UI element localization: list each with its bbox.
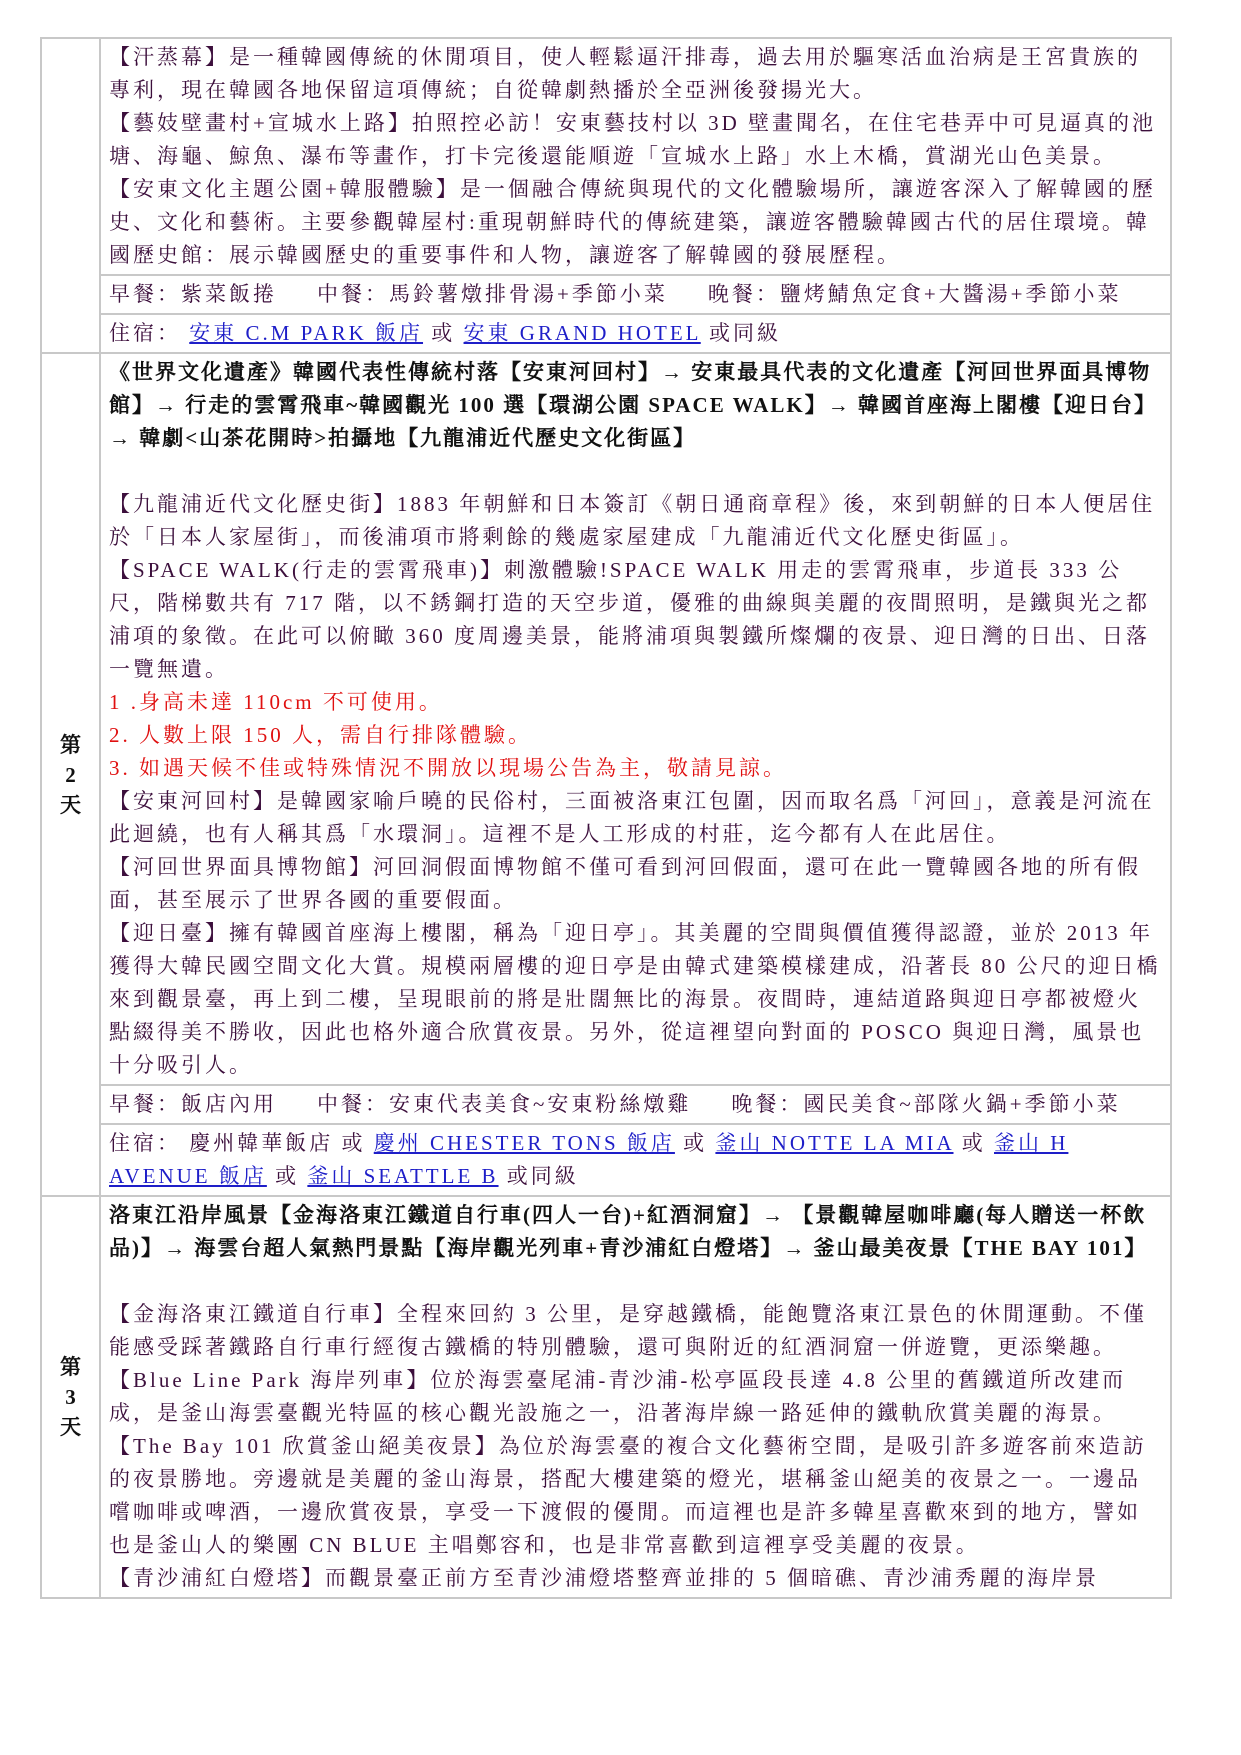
day1-lodging: 住宿： 安東 C.M PARK 飯店 或 安東 GRAND HOTEL 或同級 (100, 314, 1171, 353)
day2-meals: 早餐：飯店內用中餐：安東代表美食~安東粉絲燉雞晚餐：國民美食~部隊火鍋+季節小菜 (100, 1085, 1171, 1124)
paragraph-hahoe-village: 【安東河回村】是韓國家喻戶曉的民俗村，三面被洛東江包圍，因而取名爲「河回」，意義… (109, 785, 1164, 851)
day3-description: 洛東江沿岸風景【金海洛東江鐵道自行車(四人一台)+紅酒洞窟】→ 【景觀韓屋咖啡廳… (100, 1196, 1171, 1598)
or-equivalent-text: 或同級 (709, 321, 781, 345)
or-text: 或 (431, 321, 455, 345)
day2-meals-row: 早餐：飯店內用中餐：安東代表美食~安東粉絲燉雞晚餐：國民美食~部隊火鍋+季節小菜 (41, 1085, 1171, 1124)
day-prefix: 第 (42, 1352, 99, 1382)
day1-lodging-row: 住宿： 安東 C.M PARK 飯店 或 安東 GRAND HOTEL 或同級 (41, 314, 1171, 353)
hotel-link-chester-tons[interactable]: 慶州 CHESTER TONS 飯店 (374, 1131, 675, 1155)
day1-label-cell (41, 38, 100, 353)
day3-description-row: 第 3 天 洛東江沿岸風景【金海洛東江鐵道自行車(四人一台)+紅酒洞窟】→ 【景… (41, 1196, 1171, 1598)
day2-lodging: 住宿： 慶州韓華飯店 或 慶州 CHESTER TONS 飯店 或 釜山 NOT… (100, 1124, 1171, 1196)
paragraph-mural-village: 【藝妓壁畫村+宣城水上路】拍照控必訪！安東藝技村以 3D 壁畫聞名，在住宅巷弄中… (109, 107, 1164, 173)
day-suffix: 天 (42, 1412, 99, 1442)
day1-meals: 早餐：紫菜飯捲中餐：馬鈴薯燉排骨湯+季節小菜晚餐：鹽烤鯖魚定食+大醬湯+季節小菜 (100, 275, 1171, 314)
hotel-link-grand-hotel[interactable]: 安東 GRAND HOTEL (464, 321, 701, 345)
dinner: 晚餐：國民美食~部隊火鍋+季節小菜 (731, 1092, 1120, 1116)
breakfast: 早餐：紫菜飯捲 (109, 282, 277, 306)
paragraph-mask-museum: 【河回世界面具博物館】河回洞假面博物館不僅可看到河回假面，還可在此一覽韓國各地的… (109, 851, 1164, 917)
breakfast: 早餐：飯店內用 (109, 1092, 277, 1116)
or-equivalent-text: 或同級 (507, 1164, 579, 1188)
note-weather: 3. 如遇天候不佳或特殊情況不開放以現場公告為主，敬請見諒。 (109, 752, 1164, 785)
paragraph-space-walk: 【SPACE WALK(行走的雲霄飛車)】刺激體驗!SPACE WALK 用走的… (109, 554, 1164, 686)
day3-label: 第 3 天 (41, 1196, 100, 1598)
lodging-label: 住宿： (109, 1131, 181, 1155)
hotel-link-seattle-b[interactable]: 釜山 SEATTLE B (307, 1164, 498, 1188)
itinerary-table: 【汗蒸幕】是一種韓國傳統的休閒項目，使人輕鬆逼汗排毒，過去用於驅寒活血治病是王宮… (40, 37, 1172, 1599)
day-suffix: 天 (42, 790, 99, 820)
hotel-link-cm-park[interactable]: 安東 C.M PARK 飯店 (189, 321, 423, 345)
hotel-link-notte-la-mia[interactable]: 釜山 NOTTE LA MIA (715, 1131, 953, 1155)
dinner: 晚餐：鹽烤鯖魚定食+大醬湯+季節小菜 (708, 282, 1122, 306)
day2-headline: 《世界文化遺產》韓國代表性傳統村落【安東河回村】→ 安東最具代表的文化遺產【河回… (109, 356, 1164, 455)
paragraph-sauna: 【汗蒸幕】是一種韓國傳統的休閒項目，使人輕鬆逼汗排毒，過去用於驅寒活血治病是王宮… (109, 41, 1164, 107)
day-number: 3 (42, 1382, 99, 1412)
lunch: 中餐：馬鈴薯燉排骨湯+季節小菜 (317, 282, 668, 306)
paragraph-yeongildae: 【迎日臺】擁有韓國首座海上樓閣，稱為「迎日亭」。其美麗的空間與價值獲得認證，並於… (109, 917, 1164, 1082)
note-height: 1 .身高未達 110cm 不可使用。 (109, 686, 1164, 719)
or-text: 或 (275, 1164, 299, 1188)
day1-description-row: 【汗蒸幕】是一種韓國傳統的休閒項目，使人輕鬆逼汗排毒，過去用於驅寒活血治病是王宮… (41, 38, 1171, 275)
paragraph-culture-park: 【安東文化主題公園+韓服體驗】是一個融合傳統與現代的文化體驗場所，讓遊客深入了解… (109, 173, 1164, 272)
day2-label: 第 2 天 (41, 353, 100, 1196)
day3-headline: 洛東江沿岸風景【金海洛東江鐵道自行車(四人一台)+紅酒洞窟】→ 【景觀韓屋咖啡廳… (109, 1199, 1164, 1265)
or-text: 或 (683, 1131, 707, 1155)
paragraph-the-bay-101: 【The Bay 101 欣賞釜山絕美夜景】為位於海雲臺的複合文化藝術空間，是吸… (109, 1430, 1164, 1562)
or-text: 或 (962, 1131, 986, 1155)
note-capacity: 2. 人數上限 150 人，需自行排隊體驗。 (109, 719, 1164, 752)
day2-description-row: 第 2 天 《世界文化遺產》韓國代表性傳統村落【安東河回村】→ 安東最具代表的文… (41, 353, 1171, 1085)
day2-lodging-row: 住宿： 慶州韓華飯店 或 慶州 CHESTER TONS 飯店 或 釜山 NOT… (41, 1124, 1171, 1196)
day-prefix: 第 (42, 730, 99, 760)
lunch: 中餐：安東代表美食~安東粉絲燉雞 (317, 1092, 691, 1116)
paragraph-guryongpo: 【九龍浦近代文化歷史街】1883 年朝鮮和日本簽訂《朝日通商章程》後，來到朝鮮的… (109, 488, 1164, 554)
paragraph-blue-line-park: 【Blue Line Park 海岸列車】位於海雲臺尾浦-青沙浦-松亭區段長達 … (109, 1364, 1164, 1430)
day-number: 2 (42, 760, 99, 790)
paragraph-rail-bike: 【金海洛東江鐵道自行車】全程來回約 3 公里，是穿越鐵橋，能飽覽洛東江景色的休閒… (109, 1298, 1164, 1364)
day1-description: 【汗蒸幕】是一種韓國傳統的休閒項目，使人輕鬆逼汗排毒，過去用於驅寒活血治病是王宮… (100, 38, 1171, 275)
hotel-hanwha: 慶州韓華飯店 (189, 1131, 333, 1155)
lodging-label: 住宿： (109, 321, 181, 345)
day1-meals-row: 早餐：紫菜飯捲中餐：馬鈴薯燉排骨湯+季節小菜晚餐：鹽烤鯖魚定食+大醬湯+季節小菜 (41, 275, 1171, 314)
paragraph-lighthouse: 【青沙浦紅白燈塔】而觀景臺正前方至青沙浦燈塔整齊並排的 5 個暗礁、青沙浦秀麗的… (109, 1562, 1164, 1595)
day2-description: 《世界文化遺產》韓國代表性傳統村落【安東河回村】→ 安東最具代表的文化遺產【河回… (100, 353, 1171, 1085)
or-text: 或 (342, 1131, 366, 1155)
